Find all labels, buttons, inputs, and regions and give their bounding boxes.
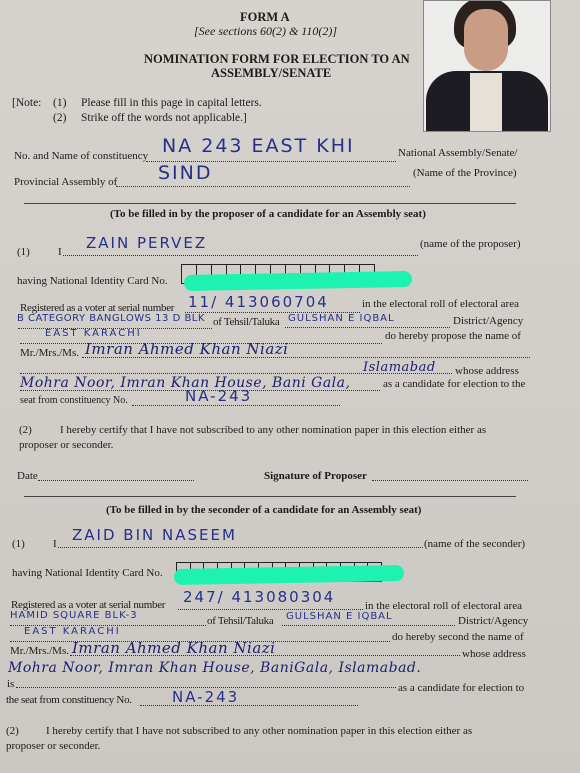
seconder-mr-label: Mr./Mrs./Ms. bbox=[10, 645, 69, 657]
form-title: FORM A bbox=[240, 10, 290, 25]
seconder-candidate-text: as a candidate for election to bbox=[398, 682, 524, 694]
proposer-address-label: whose address bbox=[455, 365, 519, 377]
proposer-district-label: District/Agency bbox=[453, 315, 523, 327]
seconder-cert-line2: proposer or seconder. bbox=[6, 740, 100, 752]
seconder-district-value[interactable]: EAST KARACHI bbox=[24, 626, 121, 637]
constituency-value[interactable]: NA 243 EAST KHI bbox=[162, 135, 355, 157]
proposer-propose-text: do hereby propose the name of bbox=[385, 330, 521, 342]
proposer-serial-value[interactable]: 11/ 413060704 bbox=[188, 293, 329, 311]
proposer-seat-value[interactable]: NA-243 bbox=[185, 387, 252, 405]
proposer-tehsil-value[interactable]: GULSHAN E IQBAL bbox=[288, 313, 395, 324]
seconder-seat-value[interactable]: NA-243 bbox=[172, 688, 239, 706]
seconder-i-label: I bbox=[53, 538, 57, 550]
proposer-signature-label: Signature of Proposer bbox=[264, 470, 367, 482]
note-1-text: Please fill in this page in capital lett… bbox=[81, 97, 262, 109]
candidate-photo bbox=[423, 0, 551, 132]
note-1-num: (1) bbox=[53, 97, 66, 109]
proposer-tehsil-label: of Tehsil/Taluka bbox=[213, 316, 279, 328]
seconder-candidate-name[interactable]: Imran Ahmed Khan Niazi bbox=[72, 639, 275, 657]
proposer-candidate-text: as a candidate for election to the bbox=[383, 378, 525, 390]
proposer-i-label: I bbox=[58, 246, 62, 258]
constituency-suffix: National Assembly/Senate/ bbox=[398, 147, 517, 159]
seconder-area-value[interactable]: HAMID SQUARE BLK-3 bbox=[10, 610, 138, 621]
seconder-is-label: is bbox=[7, 678, 14, 690]
seconder-heading: (To be filled in by the seconder of a ca… bbox=[106, 504, 421, 516]
seconder-cert-num: (2) bbox=[6, 725, 19, 737]
proposer-name-suffix: (name of the proposer) bbox=[420, 238, 521, 250]
divider bbox=[24, 496, 516, 497]
seconder-name[interactable]: ZAID BIN NASEEM bbox=[72, 526, 237, 544]
proposer-cert-num: (2) bbox=[19, 424, 32, 436]
proposer-mr-label: Mr./Mrs./Ms. bbox=[20, 347, 79, 359]
proposer-cert-line2: proposer or seconder. bbox=[19, 439, 113, 451]
province-value[interactable]: SIND bbox=[158, 162, 213, 184]
proposer-cnic-redaction bbox=[184, 271, 412, 291]
proposer-area-value[interactable]: B CATEGORY BANGLOWS 13 D BLK bbox=[17, 313, 205, 324]
seconder-cert-line1: I hereby certify that I have not subscri… bbox=[46, 725, 472, 737]
note-label: [Note: bbox=[12, 97, 41, 109]
seconder-seat-label: the seat from constituency No. bbox=[6, 694, 132, 706]
seconder-second-text: do hereby second the name of bbox=[392, 631, 524, 643]
proposer-heading: (To be filled in by the proposer of a ca… bbox=[110, 208, 426, 220]
proposer-date-label: Date bbox=[17, 470, 38, 482]
note-2-num: (2) bbox=[53, 112, 66, 124]
proposer-cert-line1: I hereby certify that I have not subscri… bbox=[60, 424, 486, 436]
seconder-district-label: District/Agency bbox=[458, 615, 528, 627]
sections-reference: [See sections 60(2) & 110(2)] bbox=[194, 24, 337, 39]
proposer-seat-label: seat from constituency No. bbox=[20, 395, 128, 406]
constituency-label: No. and Name of constituency bbox=[14, 150, 148, 162]
seconder-item-num: (1) bbox=[12, 538, 25, 550]
main-title-line1: NOMINATION FORM FOR ELECTION TO AN bbox=[144, 52, 410, 67]
proposer-cnic-label: having National Identity Card No. bbox=[17, 275, 168, 287]
proposer-signature-field[interactable] bbox=[372, 480, 528, 481]
seconder-serial-value[interactable]: 247/ 413080304 bbox=[183, 588, 335, 606]
proposer-district-value[interactable]: EAST KARACHI bbox=[45, 328, 142, 339]
proposer-candidate-name[interactable]: Imran Ahmed Khan Niazi bbox=[85, 340, 288, 358]
main-title-line2: ASSEMBLY/SENATE bbox=[211, 66, 331, 81]
seconder-address-value[interactable]: Mohra Noor, Imran Khan House, BaniGala, … bbox=[8, 660, 421, 676]
proposer-serial-suffix: in the electoral roll of electoral area bbox=[362, 298, 519, 310]
seconder-address-label: whose address bbox=[462, 648, 526, 660]
province-suffix: (Name of the Province) bbox=[413, 167, 517, 179]
divider bbox=[24, 203, 516, 204]
seconder-name-suffix: (name of the seconder) bbox=[424, 538, 525, 550]
proposer-item-num: (1) bbox=[17, 246, 30, 258]
seconder-tehsil-value[interactable]: GULSHAN E IQBAL bbox=[286, 611, 393, 622]
province-label: Provincial Assembly of bbox=[14, 176, 117, 188]
proposer-date-field[interactable] bbox=[38, 480, 194, 481]
seconder-cnic-redaction bbox=[174, 565, 404, 585]
note-2-text: Strike off the words not applicable.] bbox=[81, 112, 247, 124]
seconder-cnic-label: having National Identity Card No. bbox=[12, 567, 163, 579]
proposer-name[interactable]: ZAIN PERVEZ bbox=[86, 234, 207, 252]
nomination-form-page: FORM A [See sections 60(2) & 110(2)] NOM… bbox=[0, 0, 580, 773]
seconder-tehsil-label: of Tehsil/Taluka bbox=[207, 615, 273, 627]
